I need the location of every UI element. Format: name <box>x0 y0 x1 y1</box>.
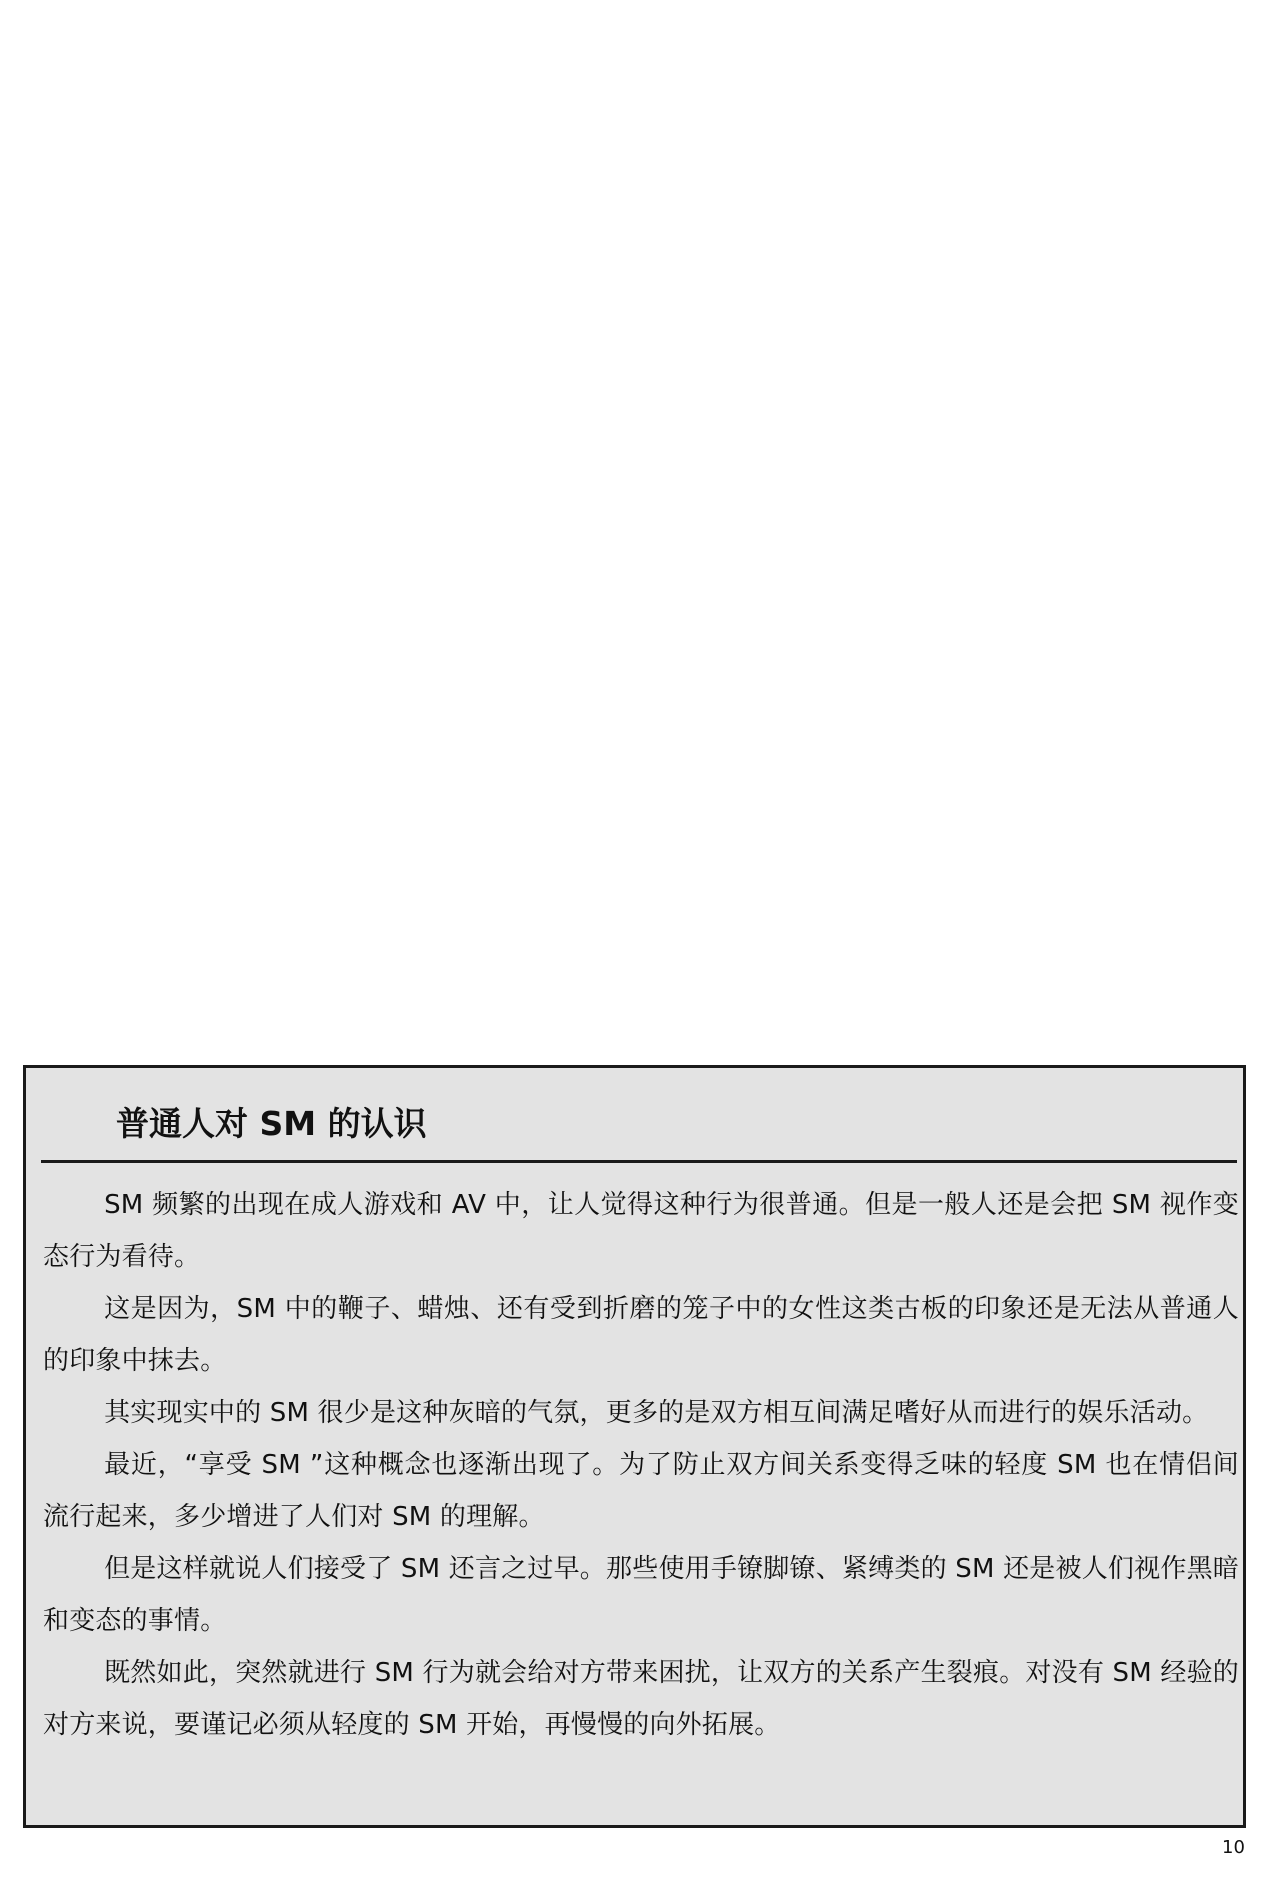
page-number: 10 <box>1222 1836 1245 1860</box>
paragraph: 最近，“享受 SM ”这种概念也逐渐出现了。为了防止双方间关系变得乏味的轻度 S… <box>43 1439 1239 1543</box>
paragraph: 其实现实中的 SM 很少是这种灰暗的气氛，更多的是双方相互间满足嗜好从而进行的娱… <box>43 1387 1239 1439</box>
paragraph: 这是因为，SM 中的鞭子、蜡烛、还有受到折磨的笼子中的女性这类古板的印象还是无法… <box>43 1283 1239 1387</box>
paragraph: SM 频繁的出现在成人游戏和 AV 中，让人觉得这种行为很普通。但是一般人还是会… <box>43 1179 1239 1283</box>
title-underline <box>41 1160 1237 1163</box>
sidebar-box: 普通人对 SM 的认识 SM 频繁的出现在成人游戏和 AV 中，让人觉得这种行为… <box>23 1065 1246 1828</box>
sidebar-body: SM 频繁的出现在成人游戏和 AV 中，让人觉得这种行为很普通。但是一般人还是会… <box>43 1179 1239 1751</box>
paragraph: 但是这样就说人们接受了 SM 还言之过早。那些使用手镣脚镣、紧缚类的 SM 还是… <box>43 1543 1239 1647</box>
paragraph: 既然如此，突然就进行 SM 行为就会给对方带来困扰，让双方的关系产生裂痕。对没有… <box>43 1647 1239 1751</box>
sidebar-title: 普通人对 SM 的认识 <box>116 1102 427 1146</box>
